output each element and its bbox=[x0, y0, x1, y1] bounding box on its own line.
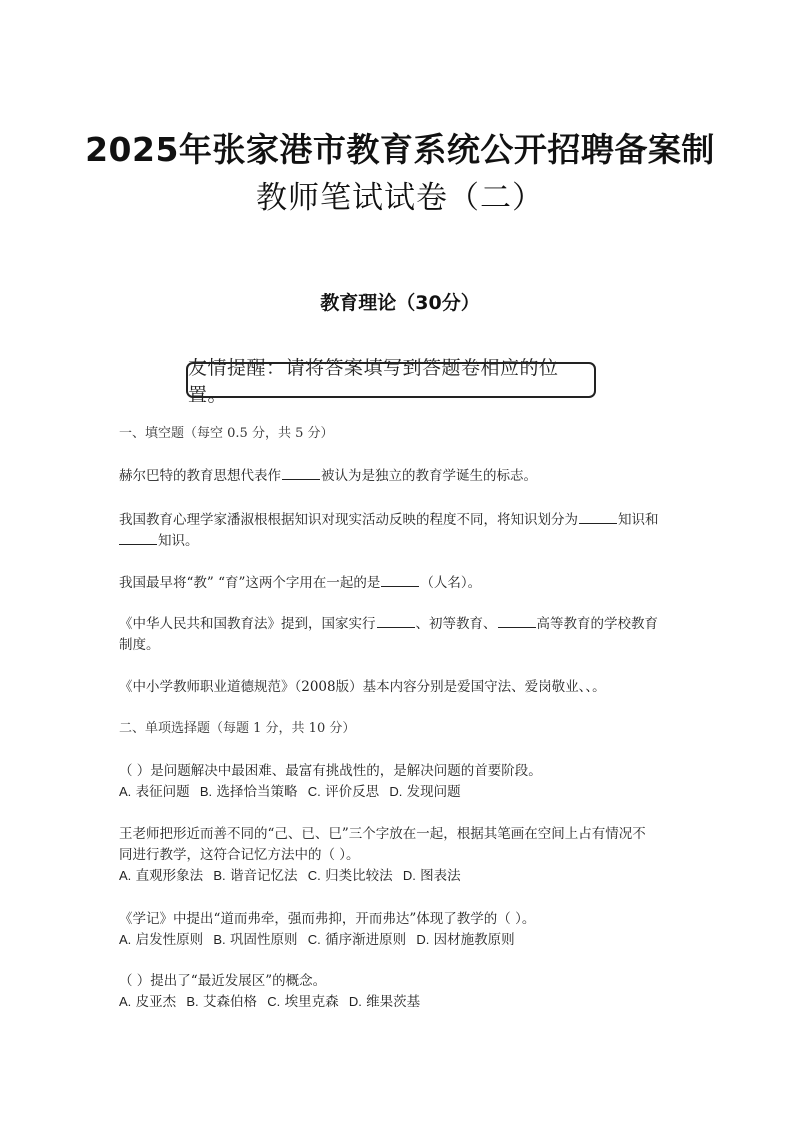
option-a: A. 皮亚杰 bbox=[119, 994, 176, 1010]
answer-blank bbox=[282, 467, 320, 480]
option-b: B. 巩固性原则 bbox=[213, 932, 297, 948]
answer-blank bbox=[381, 574, 419, 587]
choice-question-3-options: A. 启发性原则 B. 巩固性原则 C. 循序渐进原则 D. 因材施教原则 bbox=[119, 930, 689, 950]
choice-question-1-options: A. 表征问题 B. 选择恰当策略 C. 评价反思 D. 发现问题 bbox=[119, 782, 689, 802]
question-text: 知识。 bbox=[158, 533, 199, 549]
question-text: 我国最早将“教” “育”这两个字用在一起的是 bbox=[119, 575, 380, 591]
question-text: （人名）。 bbox=[420, 575, 481, 591]
fill-question-1: 赫尔巴特的教育思想代表作被认为是独立的教育学诞生的标志。 bbox=[119, 466, 689, 486]
option-c: C. 归类比较法 bbox=[308, 868, 393, 884]
choice-question-2-options: A. 直观形象法 B. 谐音记忆法 C. 归类比较法 D. 图表法 bbox=[119, 866, 689, 886]
fill-question-4-line1: 《中华人民共和国教育法》提到，国家实行、初等教育、高等教育的学校教育 bbox=[119, 614, 689, 634]
option-c: C. 评价反思 bbox=[308, 784, 379, 800]
fill-question-3: 我国最早将“教” “育”这两个字用在一起的是（人名）。 bbox=[119, 573, 689, 593]
option-a: A. 启发性原则 bbox=[119, 932, 203, 948]
option-b: B. 选择恰当策略 bbox=[200, 784, 298, 800]
option-d: D. 发现问题 bbox=[389, 784, 460, 800]
question-text: 我国教育心理学家潘淑根根据知识对现实活动反映的程度不同，将知识划分为 bbox=[119, 512, 578, 528]
question-text: 高等教育的学校教育 bbox=[537, 616, 659, 632]
question-text: 赫尔巴特的教育思想代表作 bbox=[119, 468, 281, 484]
question-text: 、初等教育、 bbox=[416, 616, 497, 632]
choice-question-4-options: A. 皮亚杰 B. 艾森伯格 C. 埃里克森 D. 维果茨基 bbox=[119, 992, 689, 1012]
question-text: 知识和 bbox=[618, 512, 659, 528]
answer-blank bbox=[119, 532, 157, 545]
choice-question-4-stem: （ ）提出了“最近发展区”的概念。 bbox=[119, 971, 689, 991]
answer-blank bbox=[579, 511, 617, 524]
option-d: D. 图表法 bbox=[403, 868, 461, 884]
option-d: D. 因材施教原则 bbox=[416, 932, 514, 948]
question-text: 被认为是独立的教育学诞生的标志。 bbox=[321, 468, 537, 484]
choice-question-3-stem: 《学记》中提出“道而弗牵，强而弗抑，开而弗达”体现了教学的（ ）。 bbox=[119, 909, 689, 929]
option-a: A. 表征问题 bbox=[119, 784, 190, 800]
question-text: 《中华人民共和国教育法》提到，国家实行 bbox=[119, 616, 376, 632]
fill-question-2-line1: 我国教育心理学家潘淑根根据知识对现实活动反映的程度不同，将知识划分为知识和 bbox=[119, 510, 689, 530]
option-b: B. 艾森伯格 bbox=[186, 994, 257, 1010]
fill-question-2-line2: 知识。 bbox=[119, 531, 689, 551]
exam-title-line2: 教师笔试试卷（二） bbox=[0, 172, 800, 217]
fill-question-4-line2: 制度。 bbox=[119, 635, 689, 655]
section2-heading: 二、单项选择题（每题 1 分，共 10 分） bbox=[119, 719, 689, 739]
choice-question-2-stem-line2: 同进行教学，这符合记忆方法中的（ ）。 bbox=[119, 845, 689, 865]
fill-question-5: 《中小学教师职业道德规范》（2008版）基本内容分别是爱国守法、爱岗敬业、、。 bbox=[119, 677, 689, 697]
option-a: A. 直观形象法 bbox=[119, 868, 203, 884]
option-c: C. 埃里克森 bbox=[267, 994, 338, 1010]
exam-page: 2025年张家港市教育系统公开招聘备案制 教师笔试试卷（二） 教育理论（30分）… bbox=[0, 0, 800, 1131]
section1-heading: 一、填空题（每空 0.5 分，共 5 分） bbox=[119, 424, 689, 444]
reminder-text: 友情提醒：请将答案填写到答题卷相应的位置。 bbox=[188, 353, 594, 407]
answer-blank bbox=[498, 615, 536, 628]
choice-question-1-stem: （ ）是问题解决中最困难、最富有挑战性的，是解决问题的首要阶段。 bbox=[119, 761, 689, 781]
answer-blank bbox=[377, 615, 415, 628]
option-b: B. 谐音记忆法 bbox=[213, 868, 297, 884]
option-c: C. 循序渐进原则 bbox=[308, 932, 406, 948]
choice-question-2-stem-line1: 王老师把形近而善不同的“己、已、巳”三个字放在一起，根据其笔画在空间上占有情况不 bbox=[119, 824, 689, 844]
section-subtitle: 教育理论（30分） bbox=[0, 288, 800, 315]
option-d: D. 维果茨基 bbox=[349, 994, 420, 1010]
exam-title-line1: 2025年张家港市教育系统公开招聘备案制 bbox=[0, 124, 800, 171]
reminder-box: 友情提醒：请将答案填写到答题卷相应的位置。 bbox=[186, 362, 596, 398]
